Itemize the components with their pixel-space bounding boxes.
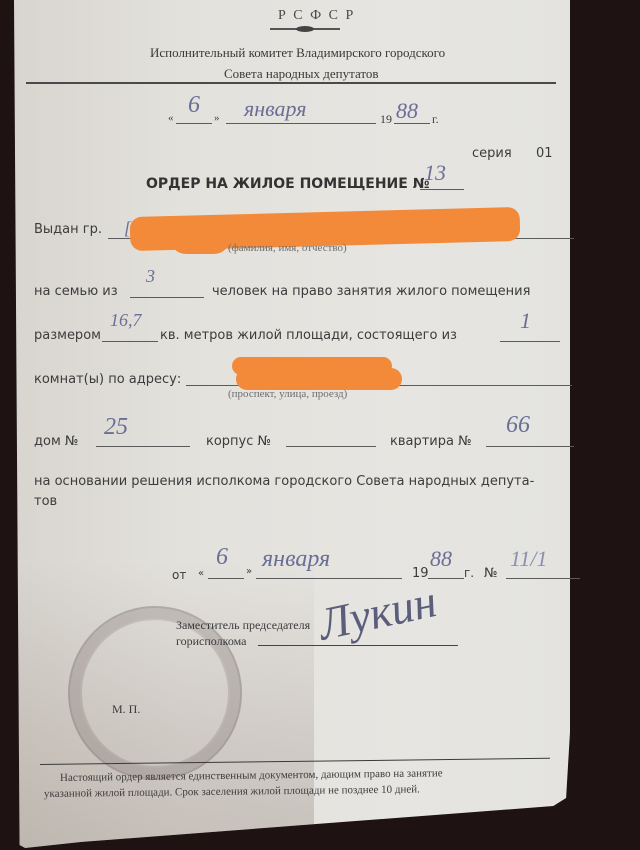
family-label-after: человек на право занятия жилого помещени… [212,284,530,299]
decision-day: 6 [216,544,228,571]
signatory-line2: горисполкома [176,634,246,649]
decision-number: 11/1 [510,546,547,572]
series-label: серия [472,146,512,161]
issue-date-year-prefix: 19 [380,112,392,127]
apartment-label: квартира № [390,434,472,449]
area-label-middle: кв. метров жилой площади, состоящего из [160,328,457,343]
signatory-line1: Заместитель председателя [176,618,310,633]
area-label: размером [34,328,101,343]
series-value: 01 [536,146,553,161]
issuer-line1: Исполнительный комитет Владимирского гор… [150,45,445,61]
house-label: дом № [34,434,78,449]
decision-year-line [428,578,464,579]
basis-text-line1: на основании решения исполкома городског… [34,474,534,489]
header-divider [26,82,556,84]
issue-date-open-quote: « [168,112,174,124]
decision-from-label: от [172,568,186,582]
header-ornament-center [296,26,314,32]
decision-number-line [506,578,580,579]
redaction-name-2 [170,222,230,254]
issue-date-year: 88 [396,98,418,124]
decision-month: января [262,546,330,573]
decision-year: 88 [430,546,452,572]
family-count: 3 [146,266,155,287]
block-label: корпус № [206,434,271,449]
seal-label: М. П. [112,702,140,717]
family-line [130,297,204,298]
address-caption: (проспект, улица, проезд) [228,388,347,400]
rooms-line [500,341,560,342]
family-label: на семью из [34,284,118,299]
address-label: комнат(ы) по адресу: [34,372,181,387]
signature-line [258,645,458,646]
area-value: 16,7 [110,310,142,331]
issue-date-month: января [244,96,306,122]
order-title: ОРДЕР НА ЖИЛОЕ ПОМЕЩЕНИЕ № [146,176,430,192]
issue-date-month-line [226,123,376,124]
issued-to-label: Выдан гр. [34,222,102,237]
decision-number-label: № [484,566,498,581]
house-line [96,446,190,447]
decision-open-quote: « [198,568,204,579]
house-number: 25 [104,414,128,441]
area-line [102,341,158,342]
apartment-line [486,446,574,447]
issuer-line2: Совета народных депутатов [224,66,379,82]
block-line [286,446,376,447]
decision-month-line [256,578,402,579]
issue-date-day-line [176,123,212,124]
issue-date-close-quote: » [214,112,220,124]
decision-day-line [208,578,244,579]
republic-label: Р С Ф С Р [278,8,355,24]
order-number: 13 [424,160,446,186]
decision-close-quote: » [246,566,252,577]
issue-date-year-unit: г. [432,112,439,127]
issue-date-day: 6 [188,92,200,119]
redaction-address-2 [236,368,402,390]
rooms-count: 1 [520,308,531,334]
basis-text-line2: тов [34,494,57,509]
issued-to-caption: (фамилия, имя, отчество) [228,242,347,254]
apartment-number: 66 [506,412,530,439]
order-number-line [420,189,464,190]
decision-year-unit: г. [464,566,474,580]
